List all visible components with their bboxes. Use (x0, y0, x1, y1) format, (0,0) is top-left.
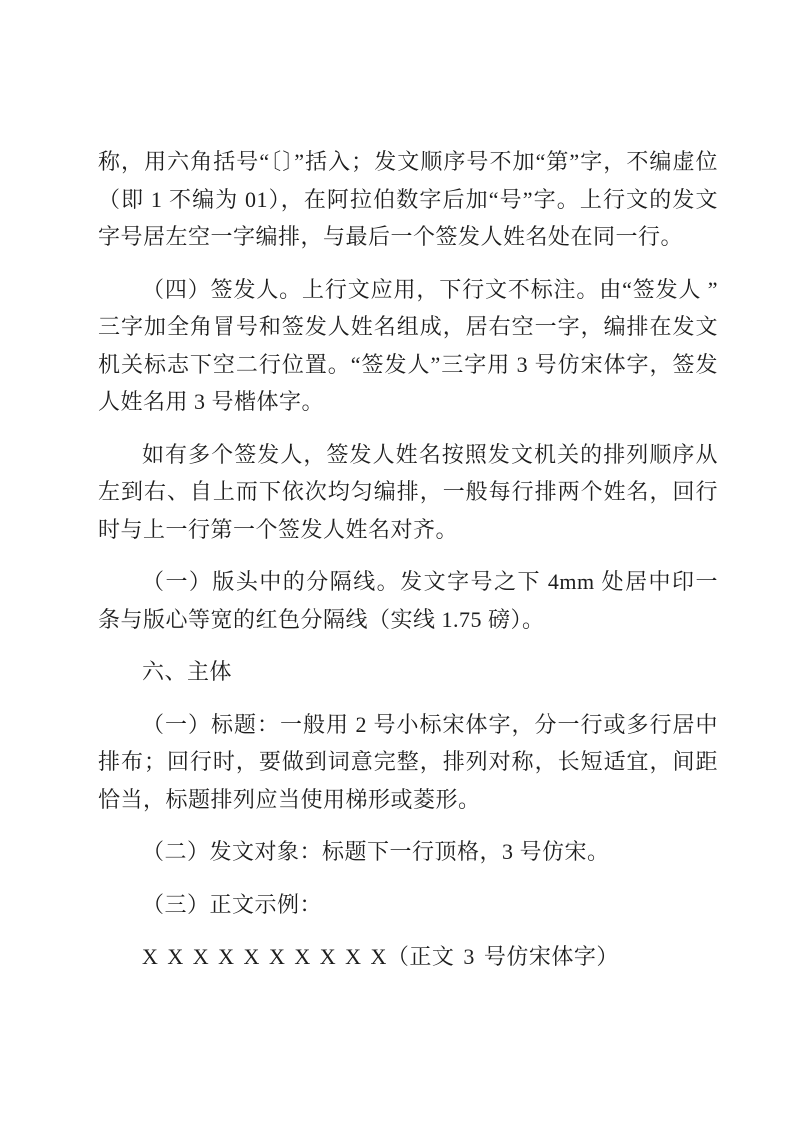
document-text-block: 称，用六角括号“〔〕”括入；发文顺序号不加“第”字，不编虚位（即 1 不编为 0… (98, 143, 718, 976)
para-8-body-example-label: （三）正文示例： (98, 886, 718, 924)
para-4-header-separator-line: （一）版头中的分隔线。发文字号之下 4mm 处居中印一条与版心等宽的红色分隔线（… (98, 563, 718, 638)
para-1-continuation-issuing-number: 称，用六角括号“〔〕”括入；发文顺序号不加“第”字，不编虚位（即 1 不编为 0… (98, 143, 718, 256)
para-5-heading-main-body: 六、主体 (98, 653, 718, 691)
para-6-title-format: （一）标题：一般用 2 号小标宋体字，分一行或多行居中排布；回行时，要做到词意完… (98, 706, 718, 819)
para-2-signer-rules: （四）签发人。上行文应用，下行文不标注。由“签发人 ”三字加全角冒号和签发人姓名… (98, 271, 718, 421)
para-9-body-example-placeholder: X X X X X X X X X X（正文 3 号仿宋体字） (98, 938, 718, 976)
para-3-multiple-signers: 如有多个签发人，签发人姓名按照发文机关的排列顺序从左到右、自上而下依次均匀编排，… (98, 436, 718, 549)
document-page: 称，用六角括号“〔〕”括入；发文顺序号不加“第”字，不编虚位（即 1 不编为 0… (0, 0, 793, 1122)
para-7-addressee-format: （二）发文对象：标题下一行顶格，3 号仿宋。 (98, 833, 718, 871)
